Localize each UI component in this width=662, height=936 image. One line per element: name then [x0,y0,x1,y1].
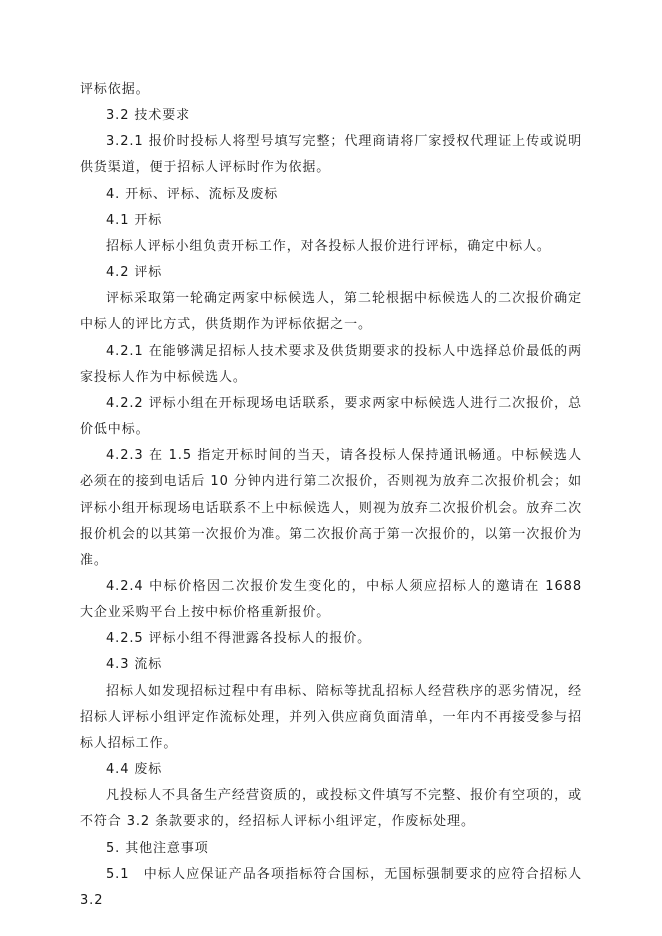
paragraph-4-2: 评标采取第一轮确定两家中标候选人，第二轮根据中标候选人的二次报价确定中标人的评比… [80,286,582,338]
heading-5-other-notes: 5. 其他注意事项 [80,836,582,862]
paragraph-4-2-1: 4.2.1 在能够满足招标人技术要求及供货期要求的投标人中选择总价最低的两家投标… [80,339,582,391]
paragraph-4-4: 凡投标人不具备生产经营资质的，或投标文件填写不完整、报价有空项的，或不符合 3.… [80,783,582,835]
heading-4-1-bid-opening: 4.1 开标 [80,208,582,234]
heading-4-bid-opening-evaluation: 4. 开标、评标、流标及废标 [80,182,582,208]
document-page: 评标依据。 3.2 技术要求 3.2.1 报价时投标人将型号填写完整；代理商请将… [80,77,582,914]
paragraph-4-3: 招标人如发现招标过程中有串标、陪标等扰乱招标人经营秩序的恶劣情况，经招标人评标小… [80,679,582,757]
paragraph-4-2-3: 4.2.3 在 1.5 指定开标时间的当天，请各投标人保持通讯畅通。中标候选人必… [80,443,582,574]
paragraph-4-2-2: 4.2.2 评标小组在开标现场电话联系，要求两家中标候选人进行二次报价，总价低中… [80,391,582,443]
heading-3-2-technical-requirements: 3.2 技术要求 [80,103,582,129]
paragraph-3-2-1: 3.2.1 报价时投标人将型号填写完整；代理商请将厂家授权代理证上传或说明供货渠… [80,129,582,181]
heading-4-4-invalid-bid: 4.4 废标 [80,757,582,783]
heading-4-2-evaluation: 4.2 评标 [80,260,582,286]
paragraph-continuation: 评标依据。 [80,77,582,103]
paragraph-4-2-4: 4.2.4 中标价格因二次报价发生变化的，中标人须应招标人的邀请在 1688 大… [80,574,582,626]
paragraph-5-1: 5.1 中标人应保证产品各项指标符合国标，无国标强制要求的应符合招标人 3.2 [80,862,582,914]
paragraph-4-2-5: 4.2.5 评标小组不得泄露各投标人的报价。 [80,626,582,652]
heading-4-3-failed-bid: 4.3 流标 [80,652,582,678]
paragraph-4-1: 招标人评标小组负责开标工作，对各投标人报价进行评标，确定中标人。 [80,234,582,260]
